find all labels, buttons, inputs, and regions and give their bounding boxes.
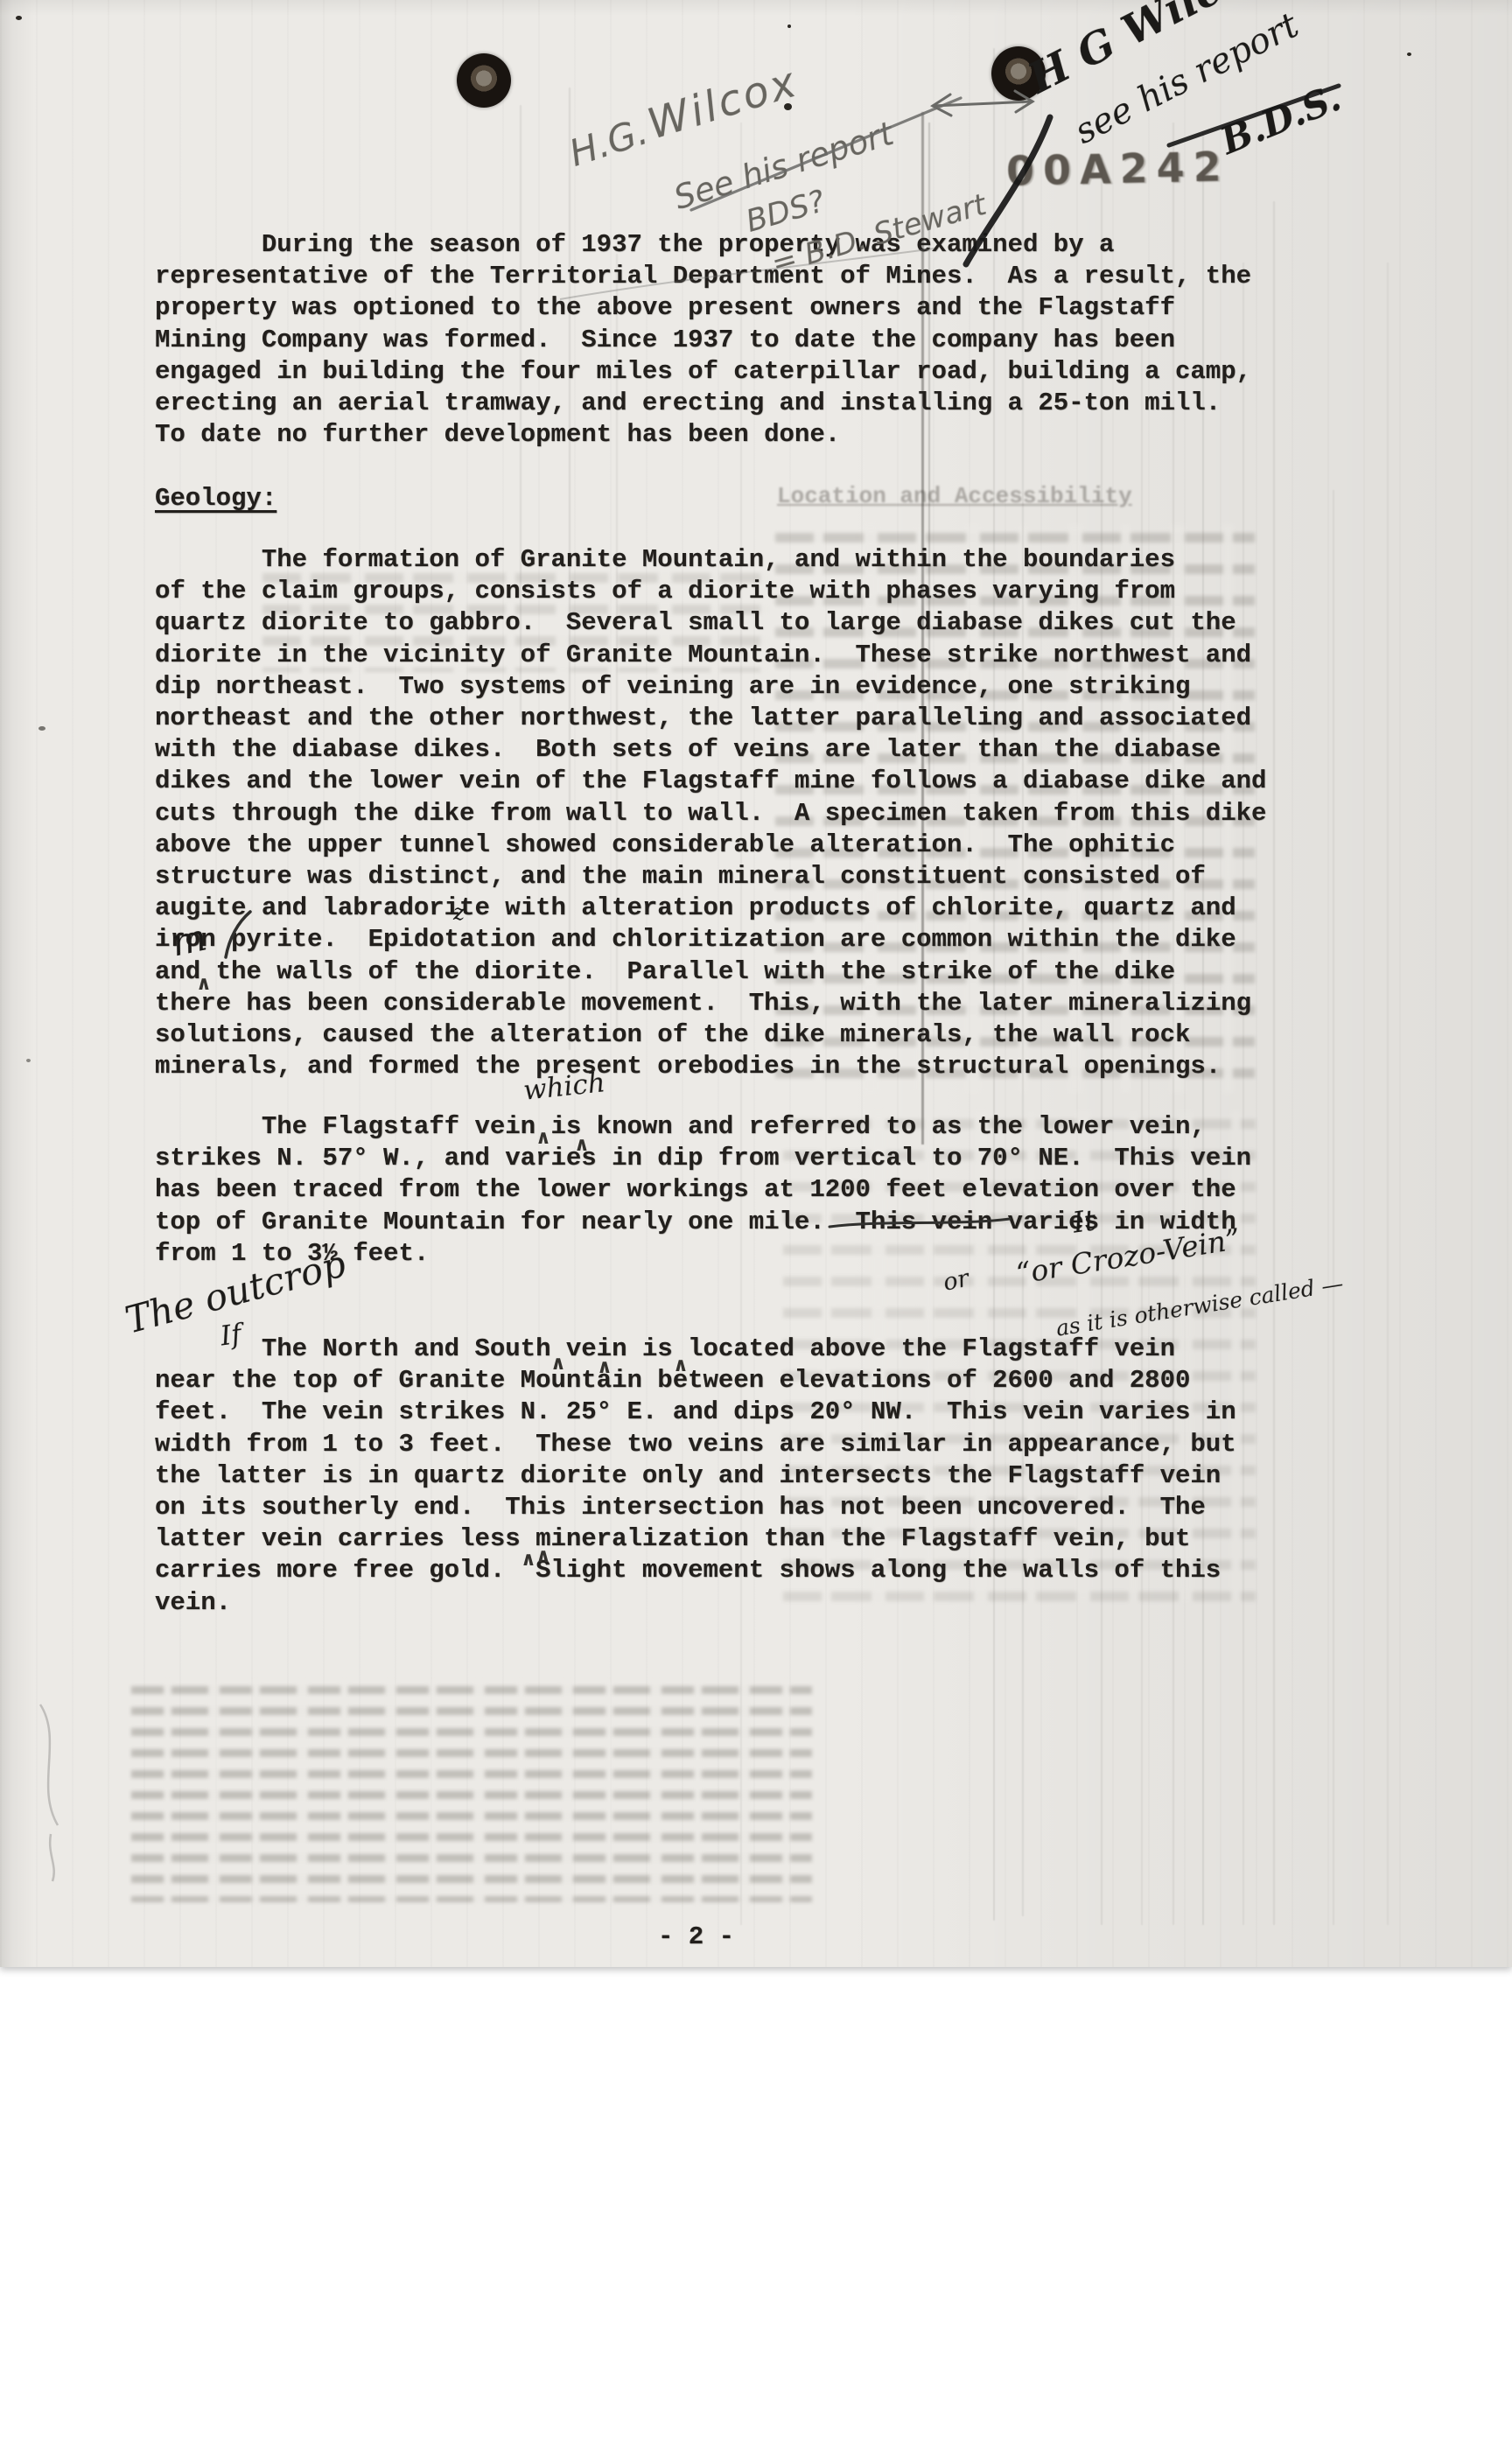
pencil-initials: H.G. [564, 109, 654, 175]
caret-mark: ∧ [550, 1353, 566, 1375]
ink-speck [26, 1059, 31, 1062]
caret-mark: ∧ [673, 1354, 689, 1376]
punch-hole-left [457, 53, 511, 108]
scan-streak [1242, 262, 1244, 1925]
scan-streak [1273, 201, 1275, 1925]
scan-streak [1333, 490, 1334, 1925]
ink-initials: B.D.S. [1214, 76, 1347, 163]
caret-mark: ∧ [597, 1356, 612, 1378]
ink-speck [38, 726, 45, 731]
typed-paragraph-geology: The formation of Granite Mountain, and w… [155, 544, 1266, 1082]
caret-mark: ∧ [574, 1134, 590, 1156]
ink-speck [787, 24, 791, 28]
scanned-page: Location and Accessibility During the se… [0, 0, 1512, 1967]
insert-it: It [1070, 1202, 1097, 1239]
caret-mark: ∧ [535, 1127, 551, 1149]
geology-heading: Geology: [155, 483, 276, 514]
scan-streak [1387, 262, 1389, 1925]
file-stamp: 00A242 [1005, 143, 1230, 194]
note-or: or [941, 1264, 971, 1296]
note-otherwise-called: as it is otherwise called — [1054, 1270, 1345, 1341]
bleedthrough-block-bottom [131, 1682, 812, 1902]
caret-mark: ∧ [535, 1545, 551, 1567]
margin-scribble-stroke [40, 1704, 58, 1881]
typed-paragraph-1937: During the season of 1937 the property w… [155, 229, 1251, 451]
bleedthrough-heading: Location and Accessibility [777, 483, 1132, 509]
ink-speck [1407, 52, 1411, 56]
page-number: - 2 - [658, 1921, 734, 1953]
typed-paragraph-north-south-vein: The North and South vein is located abov… [155, 1333, 1236, 1619]
ink-speck [16, 16, 22, 20]
insert-z: z [453, 899, 465, 925]
margin-mark-if: If [219, 1319, 244, 1353]
caret-mark: ∧ [196, 973, 212, 995]
caret-mark: ∧ [521, 1549, 536, 1571]
pencil-surname: Wilcox [642, 57, 804, 149]
